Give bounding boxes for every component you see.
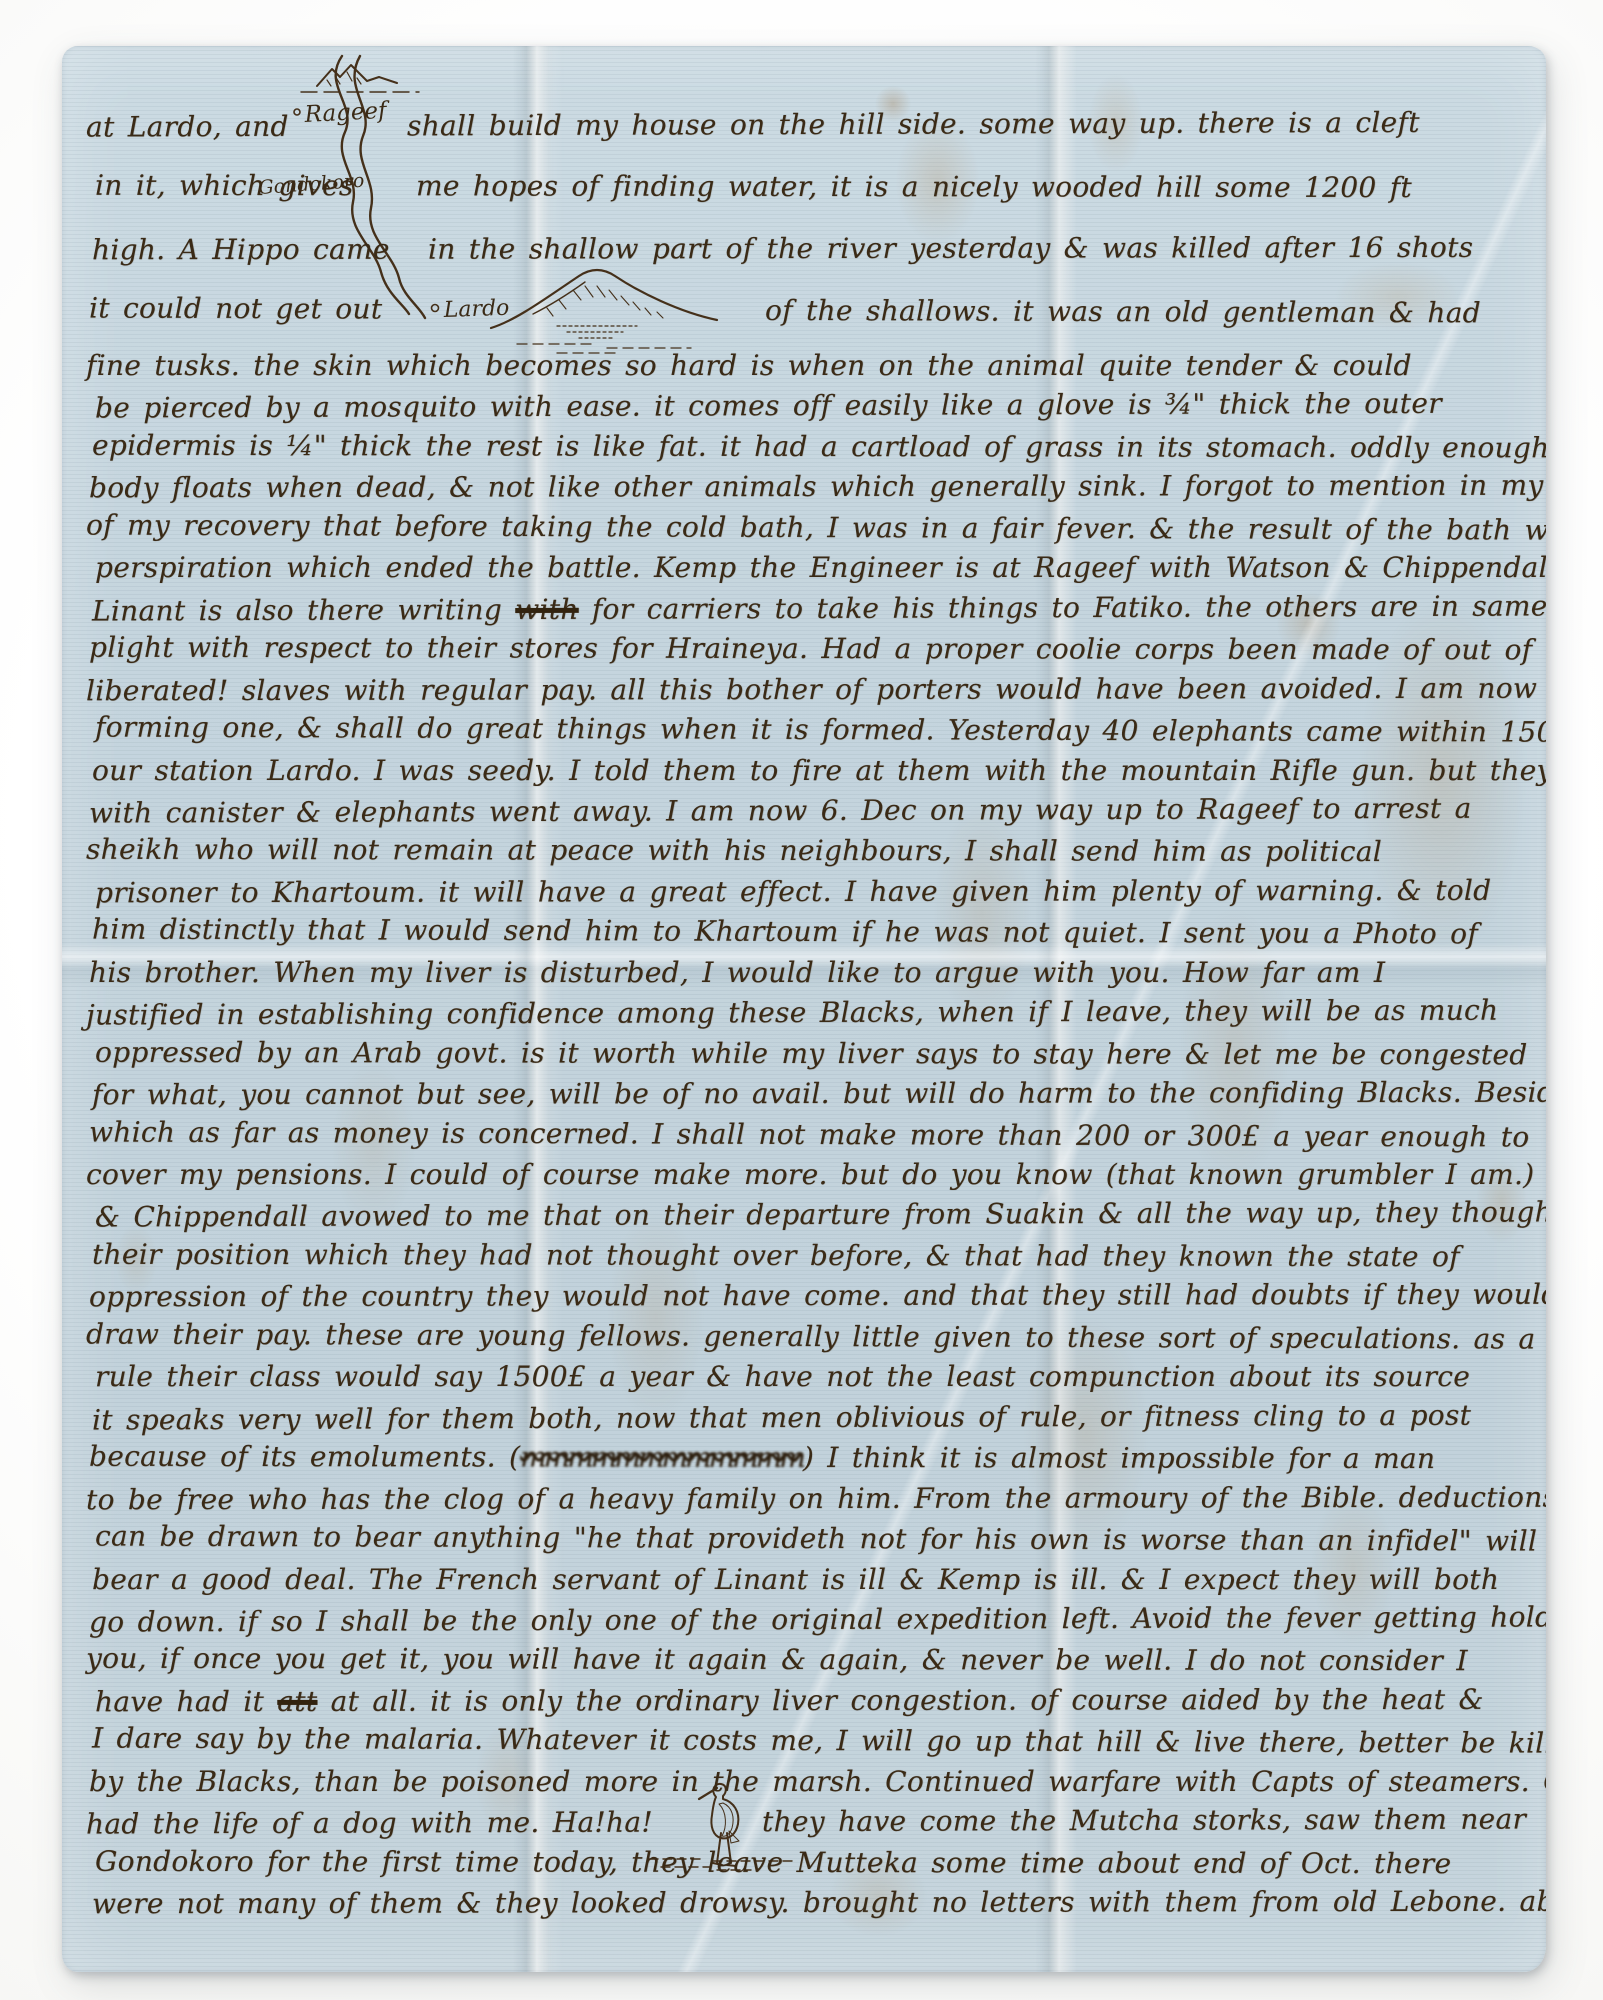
letter-line: I dare say by the malaria. Whatever it c… bbox=[92, 1719, 1528, 1768]
handwritten-text: have had it bbox=[95, 1685, 277, 1718]
handwritten-text: draw their pay. these are young fellows.… bbox=[86, 1317, 1536, 1355]
handwritten-text: him distinctly that I would send him to … bbox=[92, 913, 1478, 951]
handwritten-text: justified in establishing confidence amo… bbox=[86, 994, 1498, 1032]
handwritten-text: bear a good deal. The French servant of … bbox=[92, 1563, 1499, 1596]
handwritten-text: Gondokoro for the first time today, they… bbox=[95, 1844, 1451, 1879]
letter-line: of my recovery that before taking the co… bbox=[86, 505, 1528, 554]
handwritten-text: cover my pensions. I could of course mak… bbox=[86, 1158, 1546, 1191]
handwritten-text: forming one, & shall do great things whe… bbox=[95, 711, 1546, 749]
handwritten-text: for what, you cannot but see, will be of… bbox=[92, 1076, 1546, 1112]
letter-line: in it, which givesme hopes of finding wa… bbox=[95, 166, 1528, 213]
letter-page: Rageef Gondokoro Lardo at Lardo, andshal… bbox=[62, 46, 1546, 1972]
handwritten-text: at all. it is only the ordinary liver co… bbox=[317, 1683, 1483, 1718]
handwritten-text: they have come the Mutcha storks, saw th… bbox=[762, 1800, 1526, 1843]
handwritten-text: you, if once you get it, you will have i… bbox=[86, 1642, 1468, 1677]
letter-line: him distinctly that I would send him to … bbox=[92, 910, 1528, 959]
handwritten-text: because of its emoluments. ( bbox=[89, 1440, 520, 1474]
handwritten-text: which as far as money is concerned. I sh… bbox=[89, 1115, 1530, 1153]
letter-line: by the Blacks, than be poisoned more in … bbox=[89, 1762, 1528, 1806]
struck-out-text: mmmmmmmmmmmm bbox=[520, 1441, 803, 1474]
letter-line: Gondokoro for the first time today, they… bbox=[95, 1841, 1528, 1888]
handwritten-text: fine tusks. the skin which becomes so ha… bbox=[86, 349, 1412, 382]
letter-line: at Lardo, andshall build my house on the… bbox=[86, 102, 1528, 151]
handwritten-text: had the life of a dog with me. Ha!ha! bbox=[86, 1806, 653, 1841]
handwritten-text: high. A Hippo came bbox=[92, 233, 390, 267]
handwritten-text: of my recovery that before taking the co… bbox=[86, 508, 1546, 547]
handwritten-text: shall build my house on the hill side. s… bbox=[407, 103, 1420, 147]
photo-of-letter: { "page": { "kind": "handwritten letter,… bbox=[0, 0, 1603, 2000]
letter-line: draw their pay. these are young fellows.… bbox=[86, 1314, 1528, 1363]
letter-line: bear a good deal. The French servant of … bbox=[92, 1560, 1528, 1604]
handwritten-text: liberated! slaves with regular pay. all … bbox=[86, 671, 1546, 707]
handwritten-text: in the shallow part of the river yesterd… bbox=[428, 228, 1473, 270]
letter-line: rule their class would say 1500£ a year … bbox=[95, 1357, 1528, 1401]
letter-line: you, if once you get it, you will have i… bbox=[86, 1639, 1528, 1686]
letter-line: it could not get outof the shallows. it … bbox=[89, 288, 1528, 337]
handwritten-text: our station Lardo. I was seedy. I told t… bbox=[92, 754, 1546, 787]
handwritten-text: Linant is also there writing bbox=[92, 593, 515, 627]
handwritten-text: ) I think it is almost impossible for a … bbox=[803, 1441, 1436, 1475]
handwritten-text: it could not get out bbox=[89, 291, 382, 325]
handwritten-text: be pierced by a mosquito with ease. it c… bbox=[95, 387, 1442, 425]
handwritten-text: I dare say by the malaria. Whatever it c… bbox=[92, 1722, 1546, 1760]
letter-text: at Lardo, andshall build my house on the… bbox=[62, 46, 1546, 1972]
handwritten-text: prisoner to Khartoum. it will have a gre… bbox=[95, 874, 1491, 909]
letter-line: oppressed by an Arab govt. is it worth w… bbox=[95, 1032, 1528, 1079]
handwritten-text: me hopes of finding water, it is a nicel… bbox=[416, 166, 1412, 208]
handwritten-text: at Lardo, and bbox=[86, 110, 289, 144]
letter-line: which as far as money is concerned. I sh… bbox=[89, 1112, 1528, 1161]
handwritten-text: to be free who has the clog of a heavy f… bbox=[86, 1480, 1546, 1516]
handwritten-text: his brother. When my liver is disturbed,… bbox=[89, 956, 1385, 989]
handwritten-text: epidermis is ¼" thick the rest is like f… bbox=[92, 429, 1546, 465]
struck-out-text: att bbox=[277, 1685, 317, 1718]
handwritten-text: go down. if so I shall be the only one o… bbox=[89, 1600, 1546, 1638]
handwritten-text: sheikh who will not remain at peace with… bbox=[86, 833, 1382, 868]
handwritten-text: oppressed by an Arab govt. is it worth w… bbox=[95, 1035, 1528, 1071]
handwritten-text: in it, which gives bbox=[95, 169, 354, 202]
letter-line: high. A Hippo camein the shallow part of… bbox=[92, 228, 1528, 275]
handwritten-text: by the Blacks, than be poisoned more in … bbox=[89, 1765, 1546, 1798]
letter-line: perspiration which ended the battle. Kem… bbox=[95, 548, 1528, 592]
letter-line: can be drawn to bear anything "he that p… bbox=[95, 1517, 1528, 1566]
handwritten-text: plight with respect to their stores for … bbox=[89, 631, 1546, 667]
handwritten-text: rule their class would say 1500£ a year … bbox=[95, 1360, 1470, 1393]
letter-line: sheikh who will not remain at peace with… bbox=[86, 830, 1528, 877]
handwritten-text: their position which they had not though… bbox=[92, 1238, 1460, 1273]
handwritten-text: can be drawn to bear anything "he that p… bbox=[95, 1520, 1537, 1558]
handwritten-text: oppression of the country they would not… bbox=[89, 1278, 1546, 1314]
letter-line: because of its emoluments. (mmmmmmmmmmmm… bbox=[89, 1437, 1528, 1484]
letter-line: were not many of them & they looked drow… bbox=[92, 1882, 1528, 1929]
letter-line: plight with respect to their stores for … bbox=[89, 628, 1528, 675]
handwritten-text: perspiration which ended the battle. Kem… bbox=[95, 551, 1546, 584]
letter-line: his brother. When my liver is disturbed,… bbox=[89, 953, 1528, 997]
letter-line: our station Lardo. I was seedy. I told t… bbox=[92, 751, 1528, 795]
handwritten-text: & Chippendall avowed to me that on their… bbox=[95, 1196, 1546, 1234]
handwritten-text: it speaks very well for them both, now t… bbox=[92, 1398, 1471, 1436]
letter-line: forming one, & shall do great things whe… bbox=[95, 708, 1528, 757]
handwritten-text: of the shallows. it was an old gentleman… bbox=[765, 291, 1481, 333]
handwritten-text: for carriers to take his things to Fatik… bbox=[579, 589, 1546, 625]
struck-out-text: with bbox=[515, 592, 579, 625]
handwritten-text: with canister & elephants went away. I a… bbox=[89, 792, 1472, 830]
handwritten-text: were not many of them & they looked drow… bbox=[92, 1885, 1546, 1921]
handwritten-text: body floats when dead, & not like other … bbox=[89, 469, 1546, 505]
